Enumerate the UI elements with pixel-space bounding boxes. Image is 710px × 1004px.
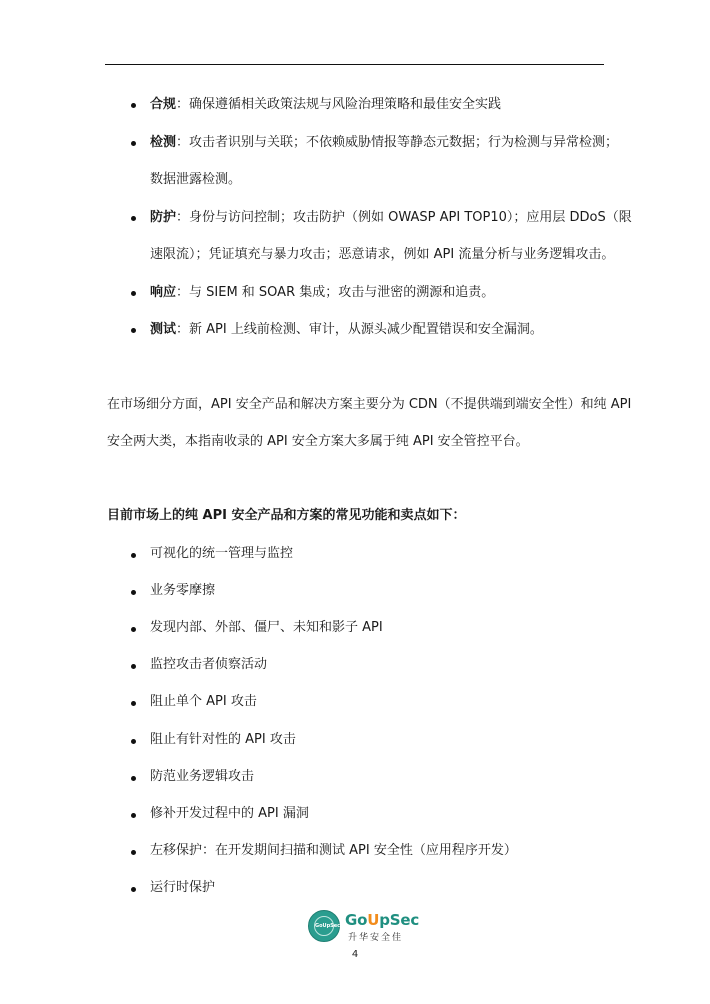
paragraph-line: 在市场细分方面，API 安全产品和解决方案主要分为 CDN（不提供端到端安全性）… xyxy=(107,396,631,414)
capability-text: ：确保遵循相关政策法规与风险治理策略和最佳安全实践 xyxy=(176,97,501,112)
wordmark-prefix: Go xyxy=(345,911,367,929)
feature-item: 修补开发过程中的 API 漏洞 xyxy=(150,805,309,823)
header-rule xyxy=(105,64,604,65)
capability-text: ：与 SIEM 和 SOAR 集成；攻击与泄密的溯源和追责。 xyxy=(176,285,494,300)
capability-text: ：攻击者识别与关联；不依赖威胁情报等静态元数据；行为检测与异常检测； xyxy=(176,135,618,150)
feature-item: 监控攻击者侦察活动 xyxy=(150,656,267,674)
feature-item: 发现内部、外部、僵尸、未知和影子 API xyxy=(150,619,383,637)
feature-item: 业务零摩擦 xyxy=(150,582,215,600)
capability-item-protection: 防护：身份与访问控制；攻击防护（例如 OWASP API TOP10）；应用层 … xyxy=(150,209,632,227)
bullet-icon xyxy=(131,216,136,221)
page-number: 4 xyxy=(0,949,710,960)
goupsec-logo: GoUpSec GoUpSec 升华安全佳 xyxy=(308,910,418,944)
feature-item: 阻止单个 API 攻击 xyxy=(150,693,257,711)
feature-item: 可视化的统一管理与监控 xyxy=(150,545,293,563)
capability-item-detection: 检测：攻击者识别与关联；不依赖威胁情报等静态元数据；行为检测与异常检测； xyxy=(150,134,618,152)
feature-item: 防范业务逻辑攻击 xyxy=(150,768,254,786)
capability-text: ：身份与访问控制；攻击防护（例如 OWASP API TOP10）；应用层 DD… xyxy=(176,210,632,225)
capability-continuation: 数据泄露检测。 xyxy=(150,171,241,189)
capability-item-response: 响应：与 SIEM 和 SOAR 集成；攻击与泄密的溯源和追责。 xyxy=(150,284,494,302)
wordmark-highlight: U xyxy=(367,911,379,929)
bullet-icon xyxy=(131,627,136,632)
capability-label: 测试 xyxy=(150,322,176,337)
capability-label: 响应 xyxy=(150,285,176,300)
feature-item: 左移保护：在开发期间扫描和测试 API 安全性（应用程序开发） xyxy=(150,842,517,860)
logo-subtitle: 升华安全佳 xyxy=(348,930,403,943)
wordmark-suffix: pSec xyxy=(379,911,419,929)
bullet-icon xyxy=(131,776,136,781)
bullet-icon xyxy=(131,553,136,558)
bullet-icon xyxy=(131,328,136,333)
bullet-icon xyxy=(131,739,136,744)
capability-label: 防护 xyxy=(150,210,176,225)
paragraph-line: 安全两大类，本指南收录的 API 安全方案大多属于纯 API 安全管控平台。 xyxy=(107,433,529,451)
bullet-icon xyxy=(131,887,136,892)
features-heading: 目前市场上的纯 API 安全产品和方案的常见功能和卖点如下： xyxy=(107,507,465,525)
bullet-icon xyxy=(131,141,136,146)
bullet-icon xyxy=(131,813,136,818)
logo-badge-icon: GoUpSec xyxy=(308,910,340,942)
feature-item: 阻止有针对性的 API 攻击 xyxy=(150,731,296,749)
capability-label: 合规 xyxy=(150,97,176,112)
logo-wordmark: GoUpSec xyxy=(345,911,419,929)
bullet-icon xyxy=(131,850,136,855)
capability-item-compliance: 合规：确保遵循相关政策法规与风险治理策略和最佳安全实践 xyxy=(150,96,501,114)
capability-label: 检测 xyxy=(150,135,176,150)
feature-item: 运行时保护 xyxy=(150,879,215,897)
logo-badge-text: GoUpSec xyxy=(314,916,334,936)
bullet-icon xyxy=(131,291,136,296)
bullet-icon xyxy=(131,103,136,108)
capability-text: ：新 API 上线前检测、审计，从源头减少配置错误和安全漏洞。 xyxy=(176,322,543,337)
bullet-icon xyxy=(131,701,136,706)
bullet-icon xyxy=(131,664,136,669)
bullet-icon xyxy=(131,590,136,595)
capability-item-testing: 测试：新 API 上线前检测、审计，从源头减少配置错误和安全漏洞。 xyxy=(150,321,543,339)
capability-continuation: 速限流）；凭证填充与暴力攻击；恶意请求，例如 API 流量分析与业务逻辑攻击。 xyxy=(150,246,614,264)
